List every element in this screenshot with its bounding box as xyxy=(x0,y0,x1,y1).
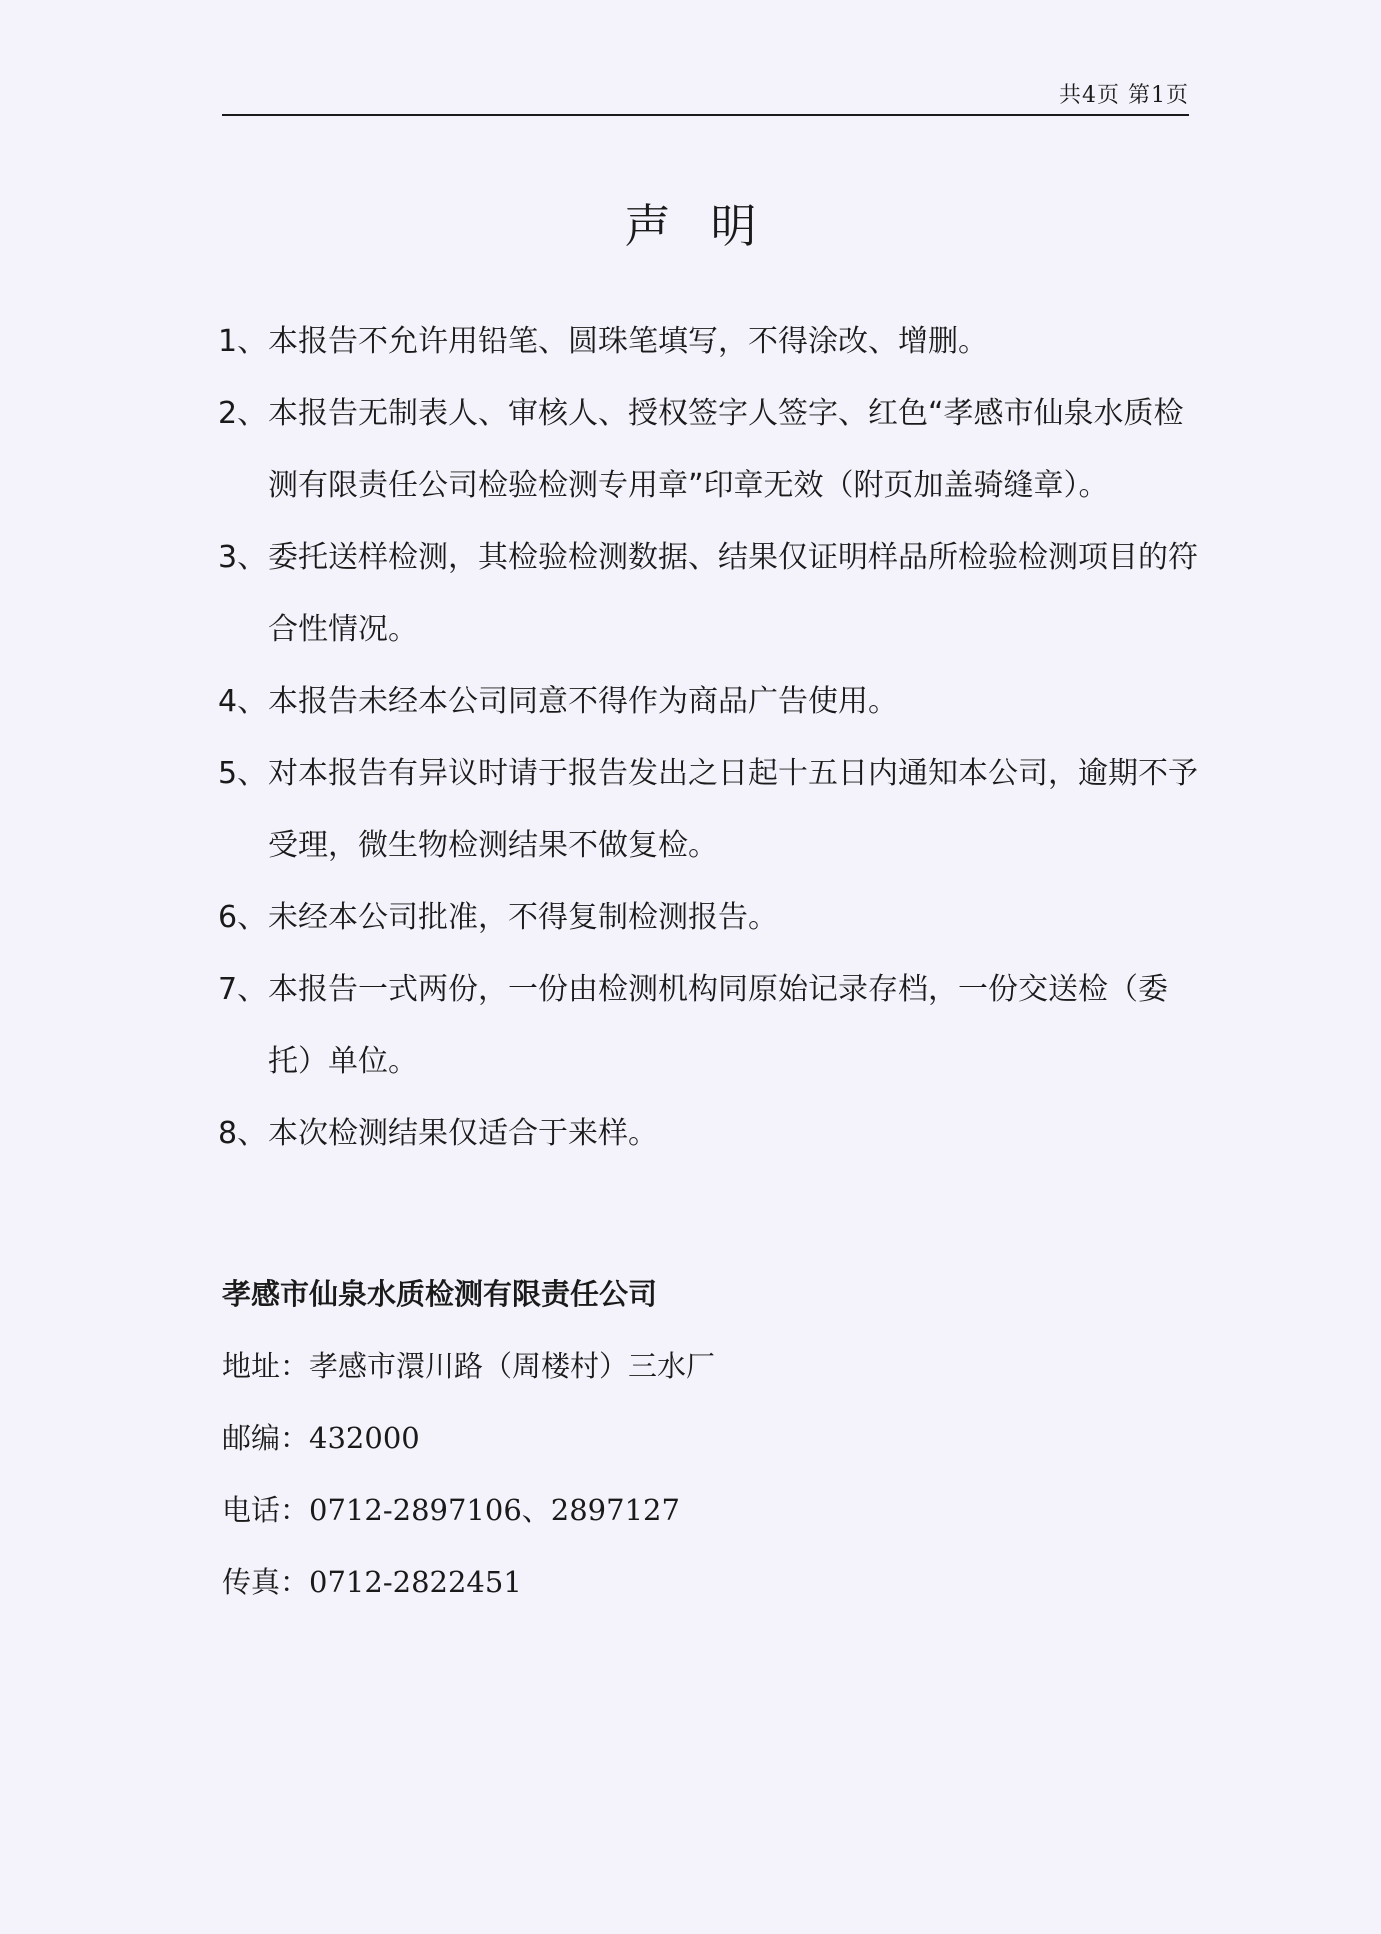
company-fax: 传真：0712-2822451 xyxy=(222,1546,1122,1618)
clause-text: 未经本公司批准，不得复制检测报告。 xyxy=(268,882,1198,954)
clause-8: 8、 本次检测结果仅适合于来样。 xyxy=(218,1098,1198,1170)
clause-text: 本报告无制表人、审核人、授权签字人签字、红色“孝感市仙泉水质检测有限责任公司检验… xyxy=(268,378,1198,522)
clause-number: 4、 xyxy=(218,666,268,738)
clause-5: 5、 对本报告有异议时请于报告发出之日起十五日内通知本公司，逾期不予受理，微生物… xyxy=(218,738,1198,882)
address-value: 孝感市澴川路（周楼村）三水厂 xyxy=(309,1349,715,1383)
page-title: 声明 xyxy=(0,190,1381,256)
phone-value: 0712-2897106、2897127 xyxy=(309,1493,680,1527)
clause-4: 4、 本报告未经本公司同意不得作为商品广告使用。 xyxy=(218,666,1198,738)
clause-number: 6、 xyxy=(218,882,268,954)
clause-number: 3、 xyxy=(218,522,268,666)
clause-text: 委托送样检测，其检验检测数据、结果仅证明样品所检验检测项目的符合性情况。 xyxy=(268,522,1198,666)
declaration-clauses: 1、 本报告不允许用铅笔、圆珠笔填写，不得涂改、增删。 2、 本报告无制表人、审… xyxy=(218,306,1198,1170)
clause-text: 本报告未经本公司同意不得作为商品广告使用。 xyxy=(268,666,1198,738)
clause-number: 5、 xyxy=(218,738,268,882)
postcode-value: 432000 xyxy=(309,1421,420,1455)
clause-7: 7、 本报告一式两份，一份由检测机构同原始记录存档，一份交送检（委托）单位。 xyxy=(218,954,1198,1098)
company-info: 孝感市仙泉水质检测有限责任公司 地址：孝感市澴川路（周楼村）三水厂 邮编：432… xyxy=(222,1258,1122,1618)
clause-3: 3、 委托送样检测，其检验检测数据、结果仅证明样品所检验检测项目的符合性情况。 xyxy=(218,522,1198,666)
clause-1: 1、 本报告不允许用铅笔、圆珠笔填写，不得涂改、增删。 xyxy=(218,306,1198,378)
clause-number: 1、 xyxy=(218,306,268,378)
company-postcode: 邮编：432000 xyxy=(222,1402,1122,1474)
fax-label: 传真： xyxy=(222,1565,309,1599)
clause-text: 本报告不允许用铅笔、圆珠笔填写，不得涂改、增删。 xyxy=(268,306,1198,378)
company-name: 孝感市仙泉水质检测有限责任公司 xyxy=(222,1258,1122,1330)
postcode-label: 邮编： xyxy=(222,1421,309,1455)
company-address: 地址：孝感市澴川路（周楼村）三水厂 xyxy=(222,1330,1122,1402)
fax-value: 0712-2822451 xyxy=(309,1565,522,1599)
clause-6: 6、 未经本公司批准，不得复制检测报告。 xyxy=(218,882,1198,954)
clause-number: 2、 xyxy=(218,378,268,522)
phone-label: 电话： xyxy=(222,1493,309,1527)
clause-text: 本报告一式两份，一份由检测机构同原始记录存档，一份交送检（委托）单位。 xyxy=(268,954,1198,1098)
address-label: 地址： xyxy=(222,1349,309,1383)
clause-2: 2、 本报告无制表人、审核人、授权签字人签字、红色“孝感市仙泉水质检测有限责任公… xyxy=(218,378,1198,522)
clause-text: 本次检测结果仅适合于来样。 xyxy=(268,1098,1198,1170)
clause-text: 对本报告有异议时请于报告发出之日起十五日内通知本公司，逾期不予受理，微生物检测结… xyxy=(268,738,1198,882)
page-header: 共4页 第1页 xyxy=(222,78,1189,116)
page-number: 共4页 第1页 xyxy=(1059,78,1189,109)
clause-number: 7、 xyxy=(218,954,268,1098)
company-phone: 电话：0712-2897106、2897127 xyxy=(222,1474,1122,1546)
clause-number: 8、 xyxy=(218,1098,268,1170)
